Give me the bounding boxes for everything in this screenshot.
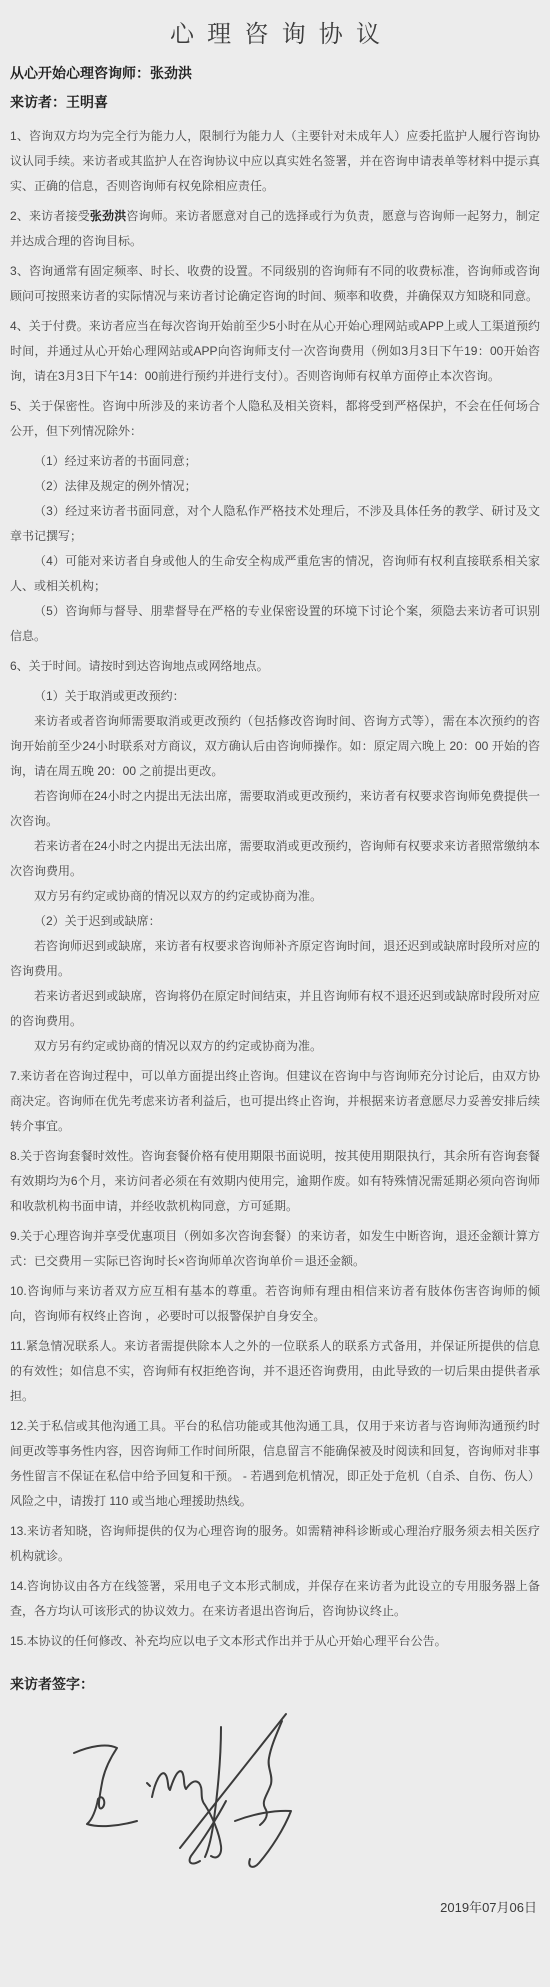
clause-text: 若咨询师迟到或缺席，来访者有权要求咨询师补齐原定咨询时间，退还迟到或缺席时段所对…: [10, 939, 540, 978]
clause-subparagraph: 若咨询师迟到或缺席，来访者有权要求咨询师补齐原定咨询时间，退还迟到或缺席时段所对…: [10, 934, 540, 984]
signature-stroke: [235, 1811, 291, 1867]
clause-subparagraph: （5）咨询师与督导、朋辈督导在严格的专业保密设置的环境下讨论个案，须隐去来访者可…: [10, 599, 540, 649]
clause-text: 2、来访者接受: [10, 209, 90, 223]
clause-paragraph: 9.关于心理咨询并享受优惠项目（例如多次咨询套餐）的来访者，如发生中断咨询，退还…: [10, 1224, 540, 1274]
clause-subparagraph: 若咨询师在24小时之内提出无法出席，需要取消或更改预约，来访者有权要求咨询师免费…: [10, 784, 540, 834]
clause-subparagraph: （3）经过来访者书面同意，对个人隐私作严格技术处理后，不涉及具体任务的教学、研讨…: [10, 499, 540, 549]
clause-text: 10.咨询师与来访者双方应互相有基本的尊重。若咨询师有理由相信来访者有肢体伤害咨…: [10, 1284, 540, 1323]
clause-text: （2）关于迟到或缺席：: [34, 914, 161, 928]
agreement-document: 心理咨询协议 从心开始心理咨询师：张劲洪 来访者：王明喜 1、咨询双方均为完全行…: [0, 0, 550, 1987]
signature-stroke: [147, 1783, 150, 1786]
clause-text: 双方另有约定或协商的情况以双方的约定或协商为准。: [34, 889, 322, 903]
clause-paragraph: 5、关于保密性。咨询中所涉及的来访者个人隐私及相关资料，都将受到严格保护，不会在…: [10, 394, 540, 444]
clause-text: 4、关于付费。来访者应当在每次咨询开始前至少5小时在从心开始心理网站或APP上或…: [10, 319, 540, 383]
clause-text: 6、关于时间。请按时到达咨询地点或网络地点。: [10, 659, 269, 673]
clauses: 1、咨询双方均为完全行为能力人，限制行为能力人（主要针对未成年人）应委托监护人履…: [10, 124, 540, 1654]
signature-label: 来访者签字：: [10, 1674, 540, 1694]
clause-subparagraph: 若来访者迟到或缺席，咨询将仍在原定时间结束，并且咨询师有权不退还迟到或缺席时段所…: [10, 984, 540, 1034]
clause-paragraph: 14.咨询协议由各方在线签署，采用电子文本形式制成，并保存在来访者为此设立的专用…: [10, 1574, 540, 1624]
clause-paragraph: 2、来访者接受张劲洪咨询师。来访者愿意对自己的选择或行为负责，愿意与咨询师一起努…: [10, 204, 540, 254]
signature-scribble: [40, 1700, 340, 1875]
clause-paragraph: 11.紧急情况联系人。来访者需提供除本人之外的一位联系人的联系方式备用，并保证所…: [10, 1334, 540, 1409]
clause-text: 7.来访者在咨询过程中，可以单方面提出终止咨询。但建议在咨询中与咨询师充分讨论后…: [10, 1069, 540, 1133]
clause-text: 15.本协议的任何修改、补充均应以电子文本形式作出并于从心开始心理平台公告。: [10, 1634, 447, 1648]
clause-subparagraph: 双方另有约定或协商的情况以双方的约定或协商为准。: [10, 884, 540, 909]
clause-paragraph: 8.关于咨询套餐时效性。咨询套餐价格有使用期限书面说明，按其使用期限执行，其余所…: [10, 1144, 540, 1219]
clause-text: （5）咨询师与督导、朋辈督导在严格的专业保密设置的环境下讨论个案，须隐去来访者可…: [10, 604, 540, 643]
clause-text: 9.关于心理咨询并享受优惠项目（例如多次咨询套餐）的来访者，如发生中断咨询，退还…: [10, 1229, 540, 1268]
page-title: 心理咨询协议: [10, 14, 540, 49]
clause-text: 11.紧急情况联系人。来访者需提供除本人之外的一位联系人的联系方式备用，并保证所…: [10, 1339, 540, 1403]
signature-stroke: [152, 1771, 221, 1857]
signature-stroke: [74, 1746, 137, 1827]
clause-text: 1、咨询双方均为完全行为能力人，限制行为能力人（主要针对未成年人）应委托监护人履…: [10, 129, 540, 193]
clause-text: 若咨询师在24小时之内提出无法出席，需要取消或更改预约，来访者有权要求咨询师免费…: [10, 789, 540, 828]
clause-paragraph: 13.来访者知晓，咨询师提供的仅为心理咨询的服务。如需精神科诊断或心理治疗服务须…: [10, 1519, 540, 1569]
clause-text: 3、咨询通常有固定频率、时长、收费的设置。不同级别的咨询师有不同的收费标准，咨询…: [10, 264, 540, 303]
clause-text: 若来访者在24小时之内提出无法出席，需要取消或更改预约，咨询师有权要求来访者照常…: [10, 839, 540, 878]
clause-subparagraph: 双方另有约定或协商的情况以双方的约定或协商为准。: [10, 1034, 540, 1059]
clause-text: （1）关于取消或更改预约：: [34, 689, 185, 703]
clause-paragraph: 3、咨询通常有固定频率、时长、收费的设置。不同级别的咨询师有不同的收费标准，咨询…: [10, 259, 540, 309]
clause-text: 5、关于保密性。咨询中所涉及的来访者个人隐私及相关资料，都将受到严格保护，不会在…: [10, 399, 540, 438]
clause-text: 来访者或者咨询师需要取消或更改预约（包括修改咨询时间、咨询方式等），需在本次预约…: [10, 714, 540, 778]
clause-subparagraph: （2）关于迟到或缺席：: [10, 909, 540, 934]
clause-text: 8.关于咨询套餐时效性。咨询套餐价格有使用期限书面说明，按其使用期限执行，其余所…: [10, 1149, 540, 1213]
clause-text: 14.咨询协议由各方在线签署，采用电子文本形式制成，并保存在来访者为此设立的专用…: [10, 1579, 540, 1618]
date-text: 2019年07月06日: [10, 1897, 540, 1916]
clause-text: （2）法律及规定的例外情况；: [34, 479, 197, 493]
clause-subparagraph: （2）法律及规定的例外情况；: [10, 474, 540, 499]
clause-text: （4）可能对来访者自身或他人的生命安全构成严重危害的情况，咨询师有权利直接联系相…: [10, 554, 540, 593]
clause-paragraph: 1、咨询双方均为完全行为能力人，限制行为能力人（主要针对未成年人）应委托监护人履…: [10, 124, 540, 199]
clause-paragraph: 7.来访者在咨询过程中，可以单方面提出终止咨询。但建议在咨询中与咨询师充分讨论后…: [10, 1064, 540, 1139]
clause-text: （3）经过来访者书面同意，对个人隐私作严格技术处理后，不涉及具体任务的教学、研讨…: [10, 504, 540, 543]
clause-text: 13.来访者知晓，咨询师提供的仅为心理咨询的服务。如需精神科诊断或心理治疗服务须…: [10, 1524, 540, 1563]
clause-subparagraph: （1）关于取消或更改预约：: [10, 684, 540, 709]
signature-area: [40, 1700, 540, 1875]
clause-paragraph: 12.关于私信或其他沟通工具。平台的私信功能或其他沟通工具，仅用于来访者与咨询师…: [10, 1414, 540, 1514]
signature-stroke: [260, 1721, 282, 1825]
counselor-name-emphasis: 张劲洪: [90, 209, 127, 223]
clause-text: （1）经过来访者的书面同意；: [34, 454, 197, 468]
clause-subparagraph: 若来访者在24小时之内提出无法出席，需要取消或更改预约，咨询师有权要求来访者照常…: [10, 834, 540, 884]
clause-subparagraph: （1）经过来访者的书面同意；: [10, 449, 540, 474]
clause-paragraph: 4、关于付费。来访者应当在每次咨询开始前至少5小时在从心开始心理网站或APP上或…: [10, 314, 540, 389]
clause-subparagraph: （4）可能对来访者自身或他人的生命安全构成严重危害的情况，咨询师有权利直接联系相…: [10, 549, 540, 599]
clause-subparagraph: 来访者或者咨询师需要取消或更改预约（包括修改咨询时间、咨询方式等），需在本次预约…: [10, 709, 540, 784]
clause-text: 12.关于私信或其他沟通工具。平台的私信功能或其他沟通工具，仅用于来访者与咨询师…: [10, 1419, 540, 1508]
counselor-line: 从心开始心理咨询师：张劲洪: [10, 65, 540, 81]
clause-paragraph: 15.本协议的任何修改、补充均应以电子文本形式作出并于从心开始心理平台公告。: [10, 1629, 540, 1654]
visitor-line: 来访者：王明喜: [10, 94, 540, 110]
clause-paragraph: 10.咨询师与来访者双方应互相有基本的尊重。若咨询师有理由相信来访者有肢体伤害咨…: [10, 1279, 540, 1329]
clause-paragraph: 6、关于时间。请按时到达咨询地点或网络地点。: [10, 654, 540, 679]
clause-text: 若来访者迟到或缺席，咨询将仍在原定时间结束，并且咨询师有权不退还迟到或缺席时段所…: [10, 989, 540, 1028]
clause-text: 双方另有约定或协商的情况以双方的约定或协商为准。: [34, 1039, 322, 1053]
